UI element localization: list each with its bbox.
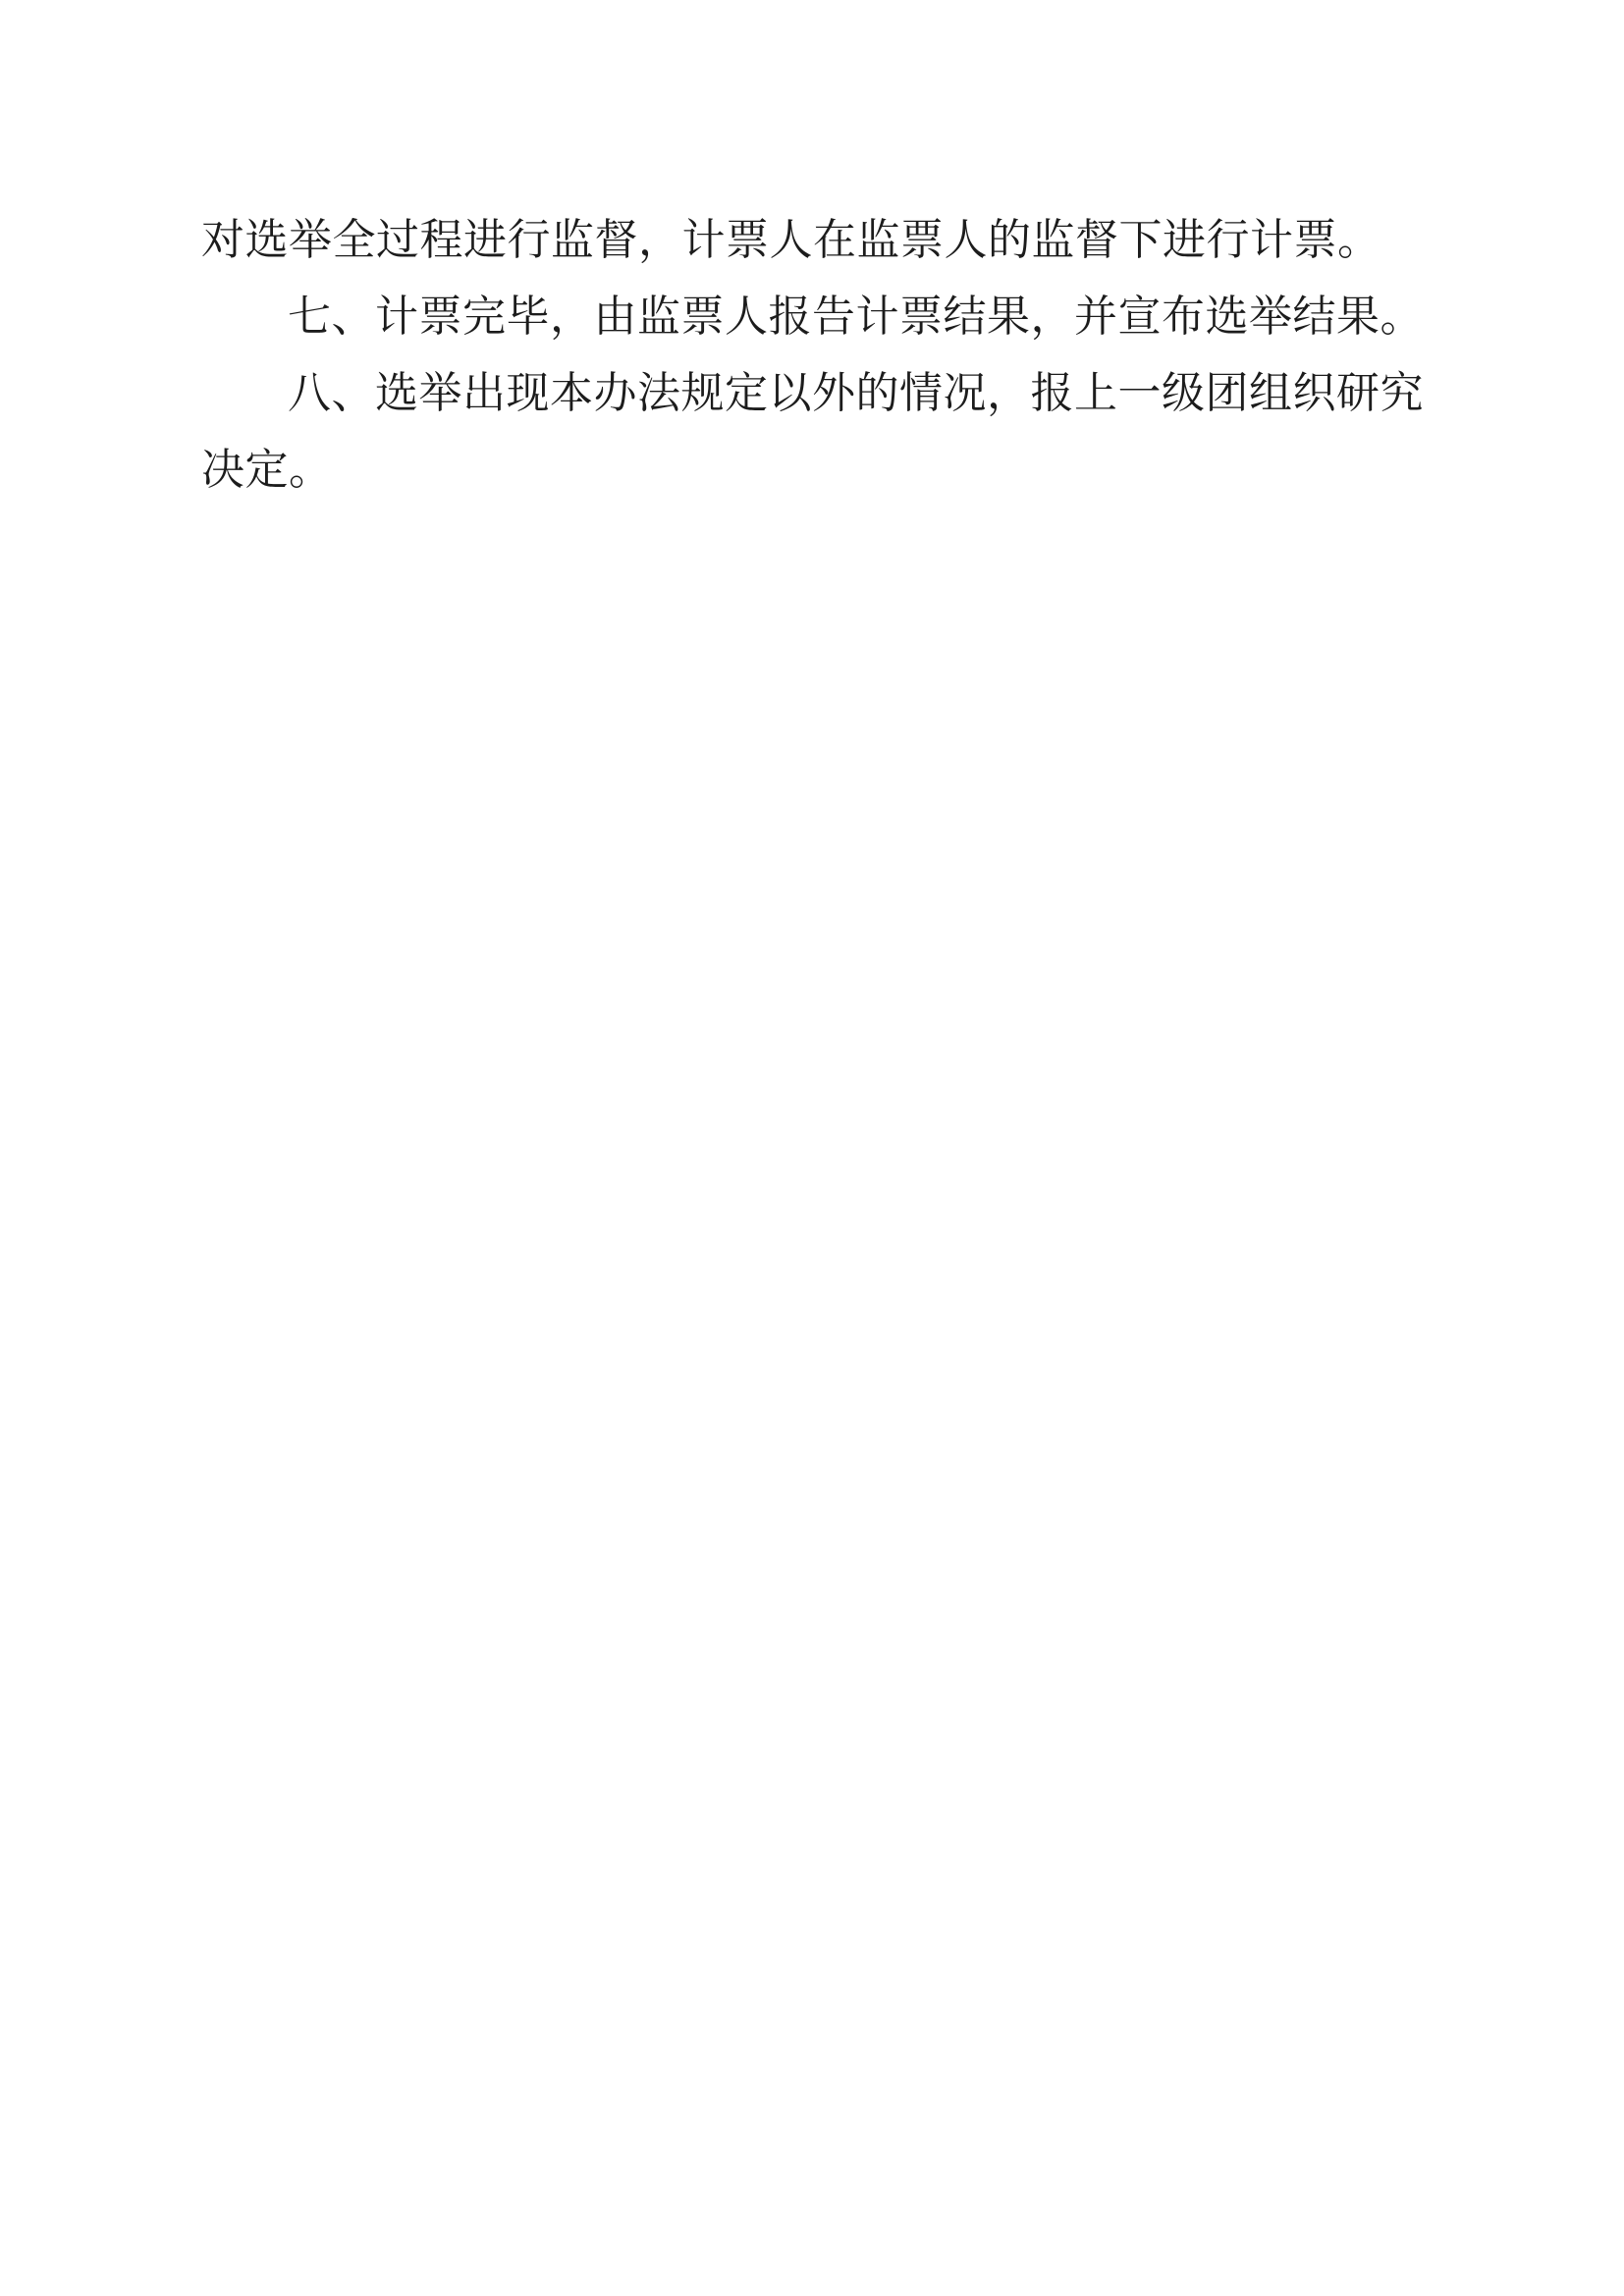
document-line: 决定。: [201, 432, 1424, 508]
document-page: 对选举全过程进行监督，计票人在监票人的监督下进行计票。 七、计票完毕，由监票人报…: [0, 0, 1624, 2296]
document-line: 八、选举出现本办法规定以外的情况，报上一级团组织研究: [201, 355, 1424, 432]
document-text-block: 对选举全过程进行监督，计票人在监票人的监督下进行计票。 七、计票完毕，由监票人报…: [201, 202, 1424, 508]
document-line: 七、计票完毕，由监票人报告计票结果，并宣布选举结果。: [201, 279, 1424, 355]
document-line: 对选举全过程进行监督，计票人在监票人的监督下进行计票。: [201, 202, 1424, 279]
